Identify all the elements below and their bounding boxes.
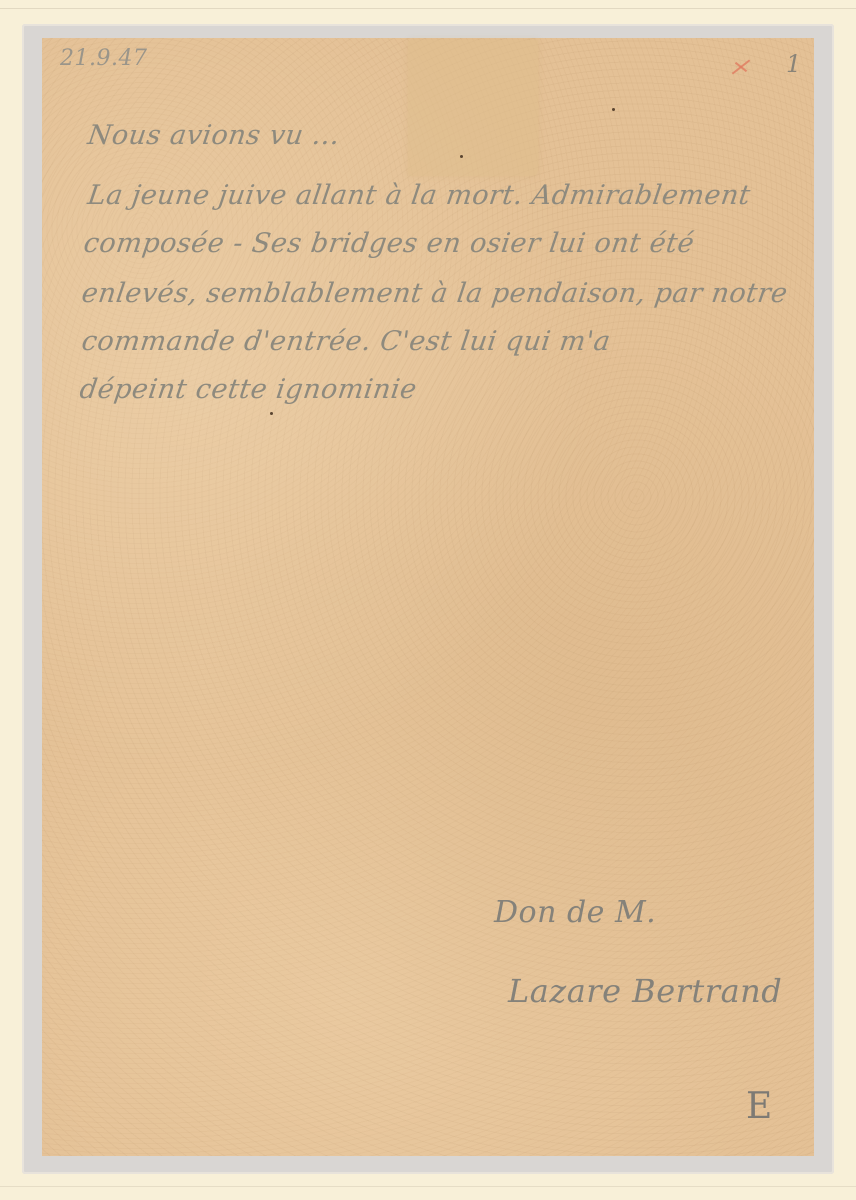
tape-stain bbox=[408, 40, 538, 176]
donation-line-1: Don de M. bbox=[494, 895, 656, 930]
corner-letter: E bbox=[746, 1086, 773, 1127]
handwritten-date: 21.9.47 bbox=[60, 46, 147, 71]
mount-board: 21.9.47 1 Nous avions vu ... La jeune ju… bbox=[0, 0, 856, 1200]
page-number: 1 bbox=[786, 50, 802, 78]
note-line-5: commande d'entrée. C'est lui qui m'a bbox=[80, 326, 613, 357]
note-line-4: enlevés, semblablement à la pendaison, p… bbox=[80, 278, 790, 309]
note-line-6: dépeint cette ignominie bbox=[78, 374, 419, 405]
ink-speck bbox=[270, 412, 273, 415]
donation-line-2: Lazare Bertrand bbox=[508, 972, 782, 1010]
mount-edge-line-bottom bbox=[0, 1186, 856, 1187]
ink-speck bbox=[460, 155, 463, 158]
note-line-1: Nous avions vu ... bbox=[86, 120, 342, 151]
red-cross-mark-icon bbox=[730, 58, 752, 76]
ink-speck bbox=[612, 108, 615, 111]
mount-edge-line-top bbox=[0, 8, 856, 9]
note-line-3: composée - Ses bridges en osier lui ont … bbox=[82, 228, 696, 259]
note-line-2: La jeune juive allant à la mort. Admirab… bbox=[86, 180, 753, 211]
